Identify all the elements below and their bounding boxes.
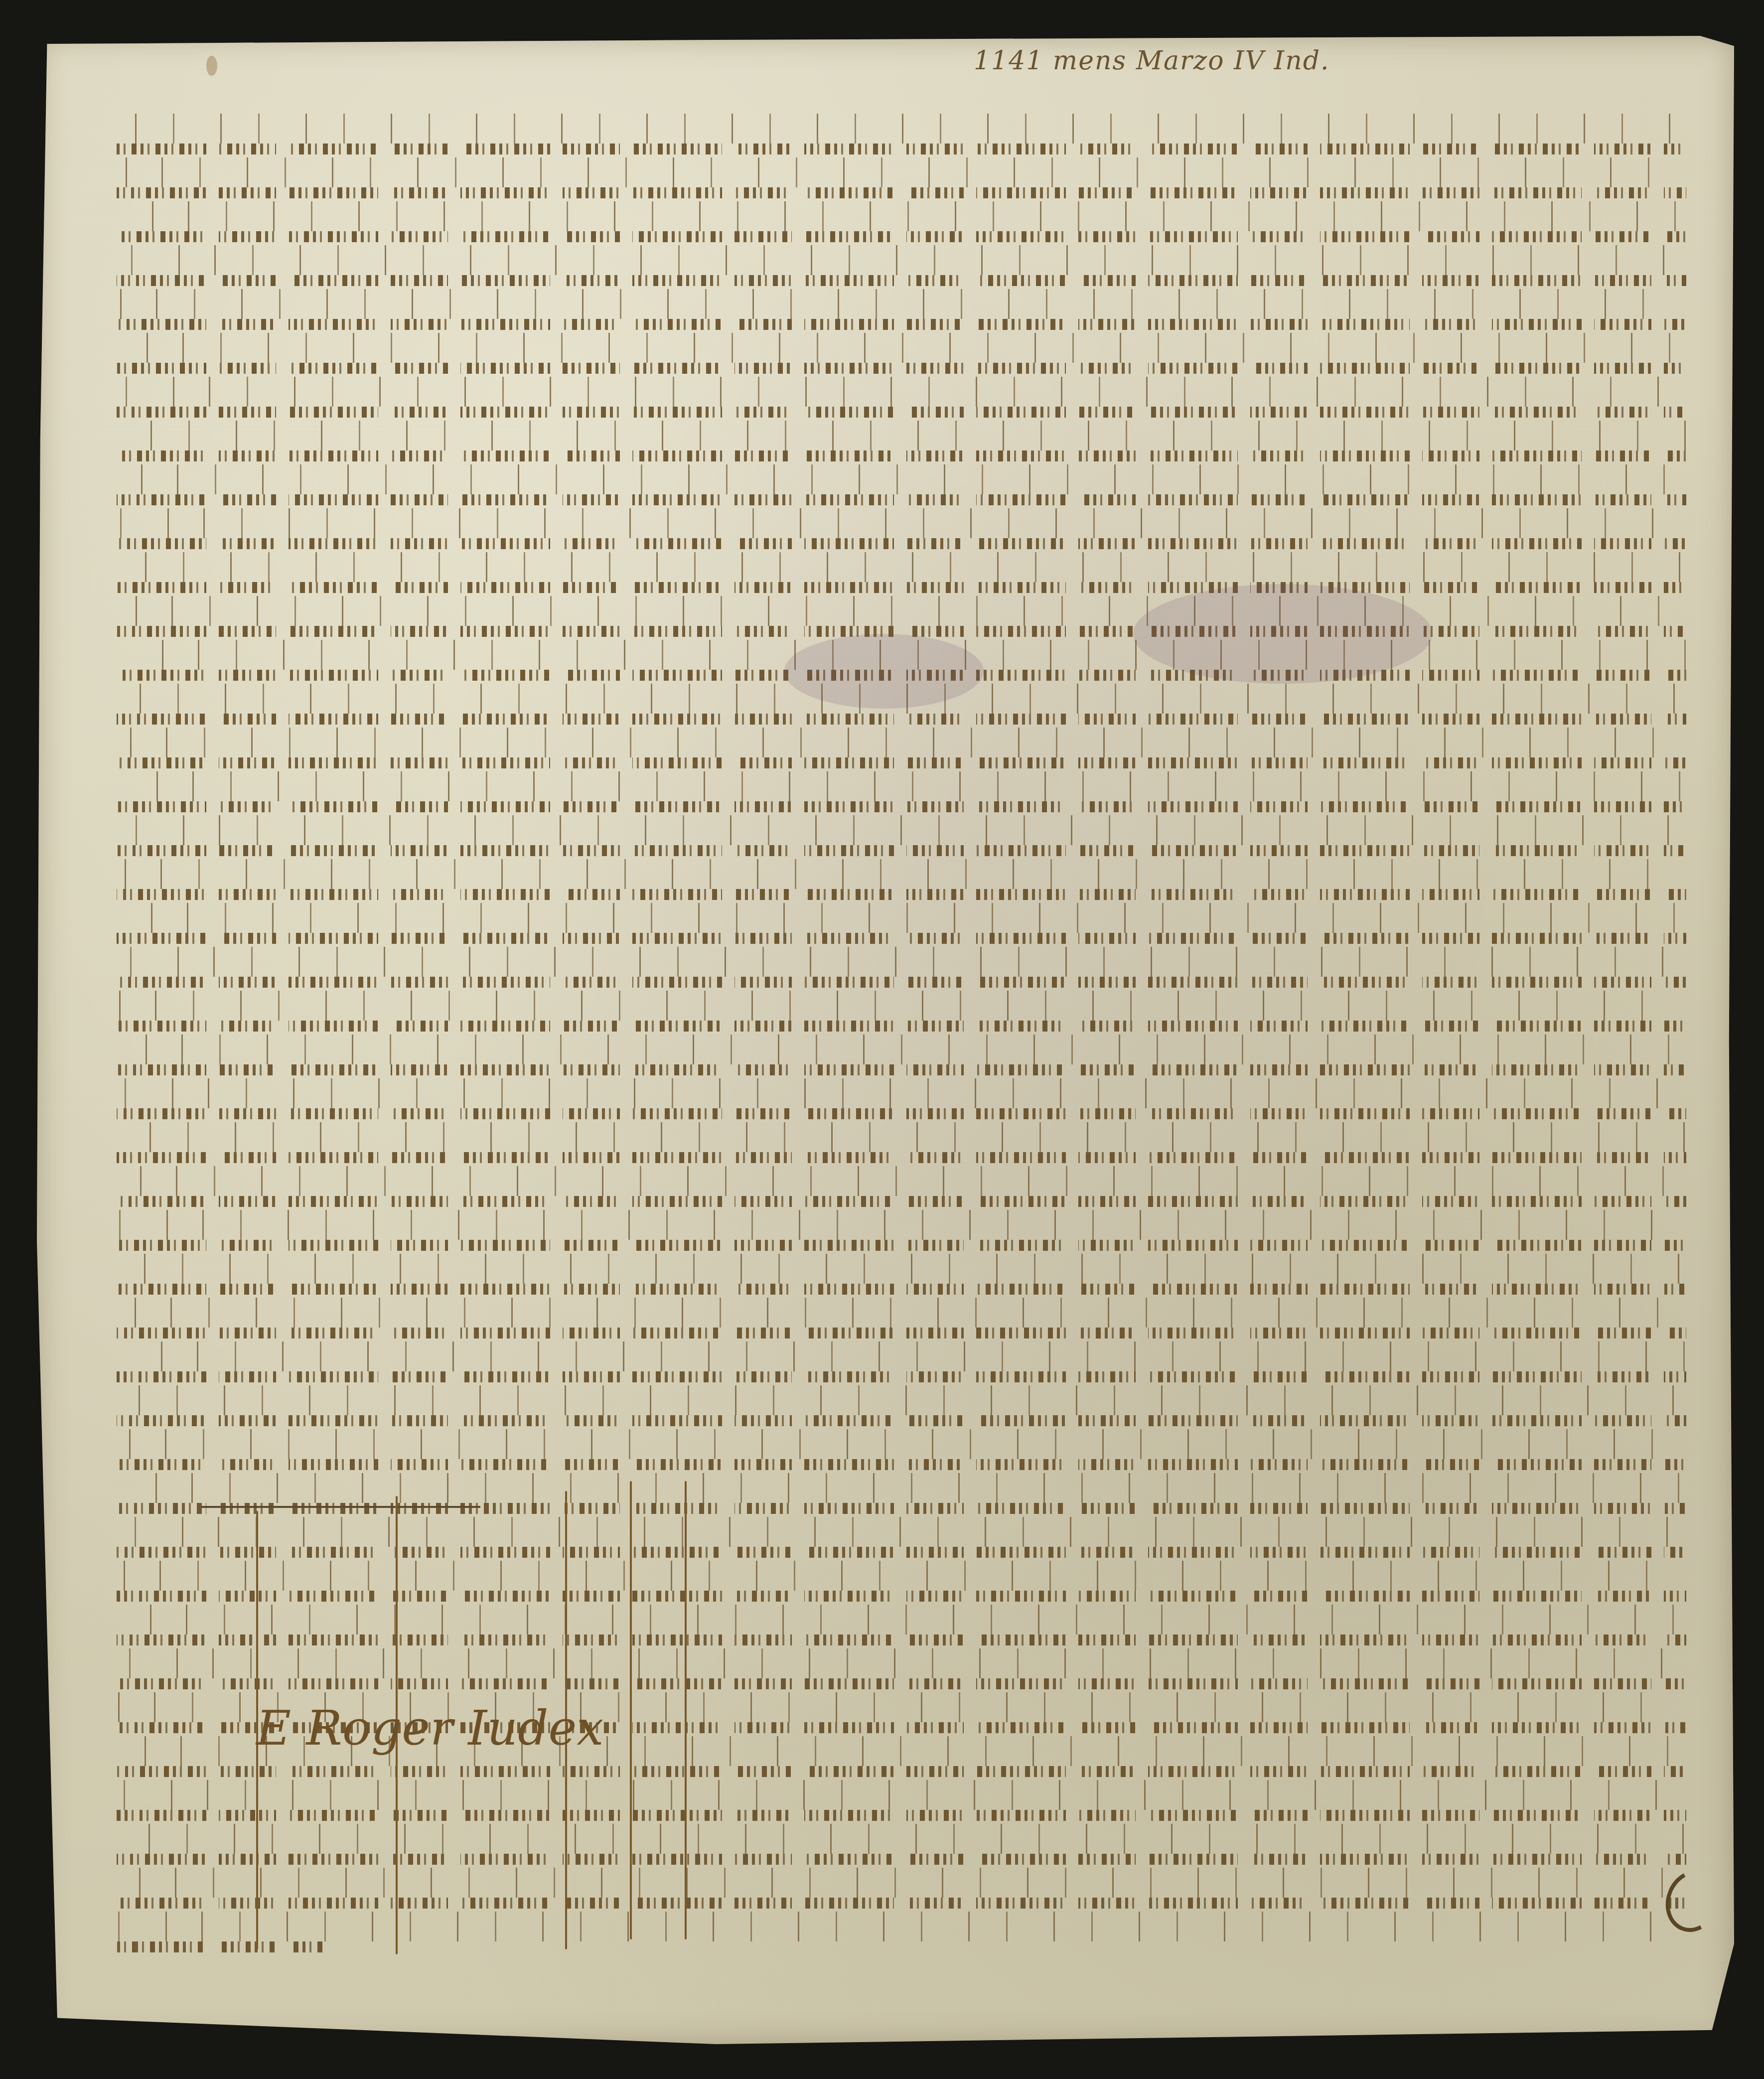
script-ink	[117, 1415, 1686, 1426]
ascender-strokes	[117, 508, 1686, 538]
ascender-strokes	[117, 1298, 1686, 1328]
text-line	[117, 154, 1686, 198]
text-line	[117, 768, 1686, 812]
subscription-name: E Roger Iudex	[256, 1700, 604, 1756]
ascender-strokes	[117, 1824, 1686, 1854]
charter-text-block	[117, 111, 1686, 1952]
ascender-strokes	[117, 815, 1686, 845]
script-ink	[117, 144, 1686, 154]
script-ink	[117, 187, 1686, 198]
text-line	[117, 593, 1686, 637]
script-ink	[117, 757, 1686, 768]
ascender-strokes	[117, 1166, 1686, 1196]
script-ink	[117, 1240, 1686, 1251]
script-ink	[117, 801, 1686, 812]
script-ink	[117, 1371, 1686, 1382]
text-line	[117, 725, 1686, 768]
script-ink	[117, 933, 1686, 944]
subscription-rule	[201, 1506, 480, 1508]
script-ink	[117, 845, 1686, 856]
script-ink	[117, 1152, 1686, 1163]
script-ink	[117, 319, 1686, 330]
text-line	[117, 286, 1686, 330]
script-ink	[117, 1459, 1686, 1470]
signature-stroke	[685, 1481, 687, 1939]
ink-stain	[206, 56, 217, 76]
parchment-sheet: 1141 mens Marzo IV Ind. E Roger Iudex	[37, 36, 1734, 2044]
text-line	[117, 198, 1686, 242]
ascender-strokes	[117, 1912, 1686, 1941]
script-ink	[117, 1284, 1686, 1295]
ascender-strokes	[117, 1780, 1686, 1810]
script-ink	[117, 1634, 1686, 1645]
script-ink	[117, 1328, 1686, 1338]
ascender-strokes	[117, 903, 1686, 933]
ascender-strokes	[117, 771, 1686, 801]
script-ink	[117, 1503, 1686, 1514]
text-line	[117, 1777, 1686, 1821]
text-line	[117, 111, 1686, 154]
text-line	[117, 1514, 1686, 1558]
ascender-strokes	[117, 1868, 1686, 1898]
ascender-strokes	[117, 421, 1686, 450]
ascender-strokes	[117, 1517, 1686, 1547]
ascender-strokes	[117, 1078, 1686, 1108]
text-line	[117, 242, 1686, 286]
ascender-strokes	[117, 1122, 1686, 1152]
ascender-strokes	[117, 1035, 1686, 1064]
script-ink	[117, 1810, 1686, 1821]
script-ink	[117, 889, 1686, 900]
ascender-strokes	[117, 991, 1686, 1021]
text-line	[117, 505, 1686, 549]
text-line	[117, 1207, 1686, 1251]
text-line	[117, 812, 1686, 856]
discoloration	[1133, 584, 1432, 684]
script-ink	[117, 1678, 1686, 1689]
script-ink	[117, 1766, 1686, 1777]
ascender-strokes	[117, 947, 1686, 977]
ascender-strokes	[117, 1385, 1686, 1415]
script-ink	[117, 450, 1686, 461]
ascender-strokes	[117, 552, 1686, 582]
text-line	[117, 1426, 1686, 1470]
script-ink	[117, 494, 1686, 505]
text-line	[117, 944, 1686, 988]
ascender-strokes	[117, 1473, 1686, 1503]
ascender-strokes	[117, 1561, 1686, 1591]
text-line	[117, 549, 1686, 593]
script-ink	[117, 275, 1686, 286]
text-line	[117, 418, 1686, 461]
ascender-strokes	[117, 859, 1686, 889]
discoloration	[784, 634, 984, 709]
ascender-strokes	[117, 596, 1686, 626]
ascender-strokes	[117, 464, 1686, 494]
ascender-strokes	[117, 728, 1686, 757]
script-ink	[117, 714, 1686, 725]
signature-stroke	[630, 1481, 632, 1939]
text-line	[117, 900, 1686, 944]
ascender-strokes	[117, 1429, 1686, 1459]
script-ink	[117, 1854, 1686, 1865]
ascender-strokes	[117, 1605, 1686, 1634]
text-line	[117, 1119, 1686, 1163]
text-line	[117, 1558, 1686, 1602]
ascender-strokes	[117, 1341, 1686, 1371]
script-ink	[117, 363, 1686, 374]
text-line	[117, 1338, 1686, 1382]
text-line	[117, 1163, 1686, 1207]
script-ink	[117, 231, 1686, 242]
date-annotation: 1141 mens Marzo IV Ind.	[974, 46, 1329, 76]
text-line	[117, 374, 1686, 418]
script-ink	[117, 582, 1686, 593]
script-ink	[117, 1547, 1686, 1558]
script-ink	[117, 1196, 1686, 1207]
text-line	[117, 461, 1686, 505]
ascender-strokes	[117, 1648, 1686, 1678]
text-line	[117, 1032, 1686, 1075]
text-line	[117, 1075, 1686, 1119]
text-line	[117, 330, 1686, 374]
text-line	[117, 988, 1686, 1032]
ascender-strokes	[117, 114, 1686, 144]
script-ink	[117, 1064, 1686, 1075]
script-ink	[117, 1591, 1686, 1602]
text-line	[117, 1251, 1686, 1295]
script-ink	[117, 977, 1686, 988]
text-line	[117, 1821, 1686, 1865]
ascender-strokes	[117, 1210, 1686, 1240]
script-ink	[117, 1021, 1686, 1032]
text-line	[117, 1909, 1686, 1952]
text-line	[117, 1865, 1686, 1909]
ascender-strokes	[117, 289, 1686, 319]
ascender-strokes	[117, 333, 1686, 363]
text-line	[117, 1645, 1686, 1689]
ascender-strokes	[117, 201, 1686, 231]
text-line	[117, 1602, 1686, 1645]
text-line	[117, 856, 1686, 900]
script-ink	[117, 538, 1686, 549]
ascender-strokes	[117, 245, 1686, 275]
text-line	[117, 1382, 1686, 1426]
ascender-strokes	[117, 157, 1686, 187]
script-ink	[117, 1941, 326, 1952]
script-ink	[117, 1898, 1686, 1909]
text-line	[117, 1295, 1686, 1338]
ascender-strokes	[117, 1254, 1686, 1284]
script-ink	[117, 407, 1686, 418]
script-ink	[117, 1108, 1686, 1119]
ascender-strokes	[117, 377, 1686, 407]
